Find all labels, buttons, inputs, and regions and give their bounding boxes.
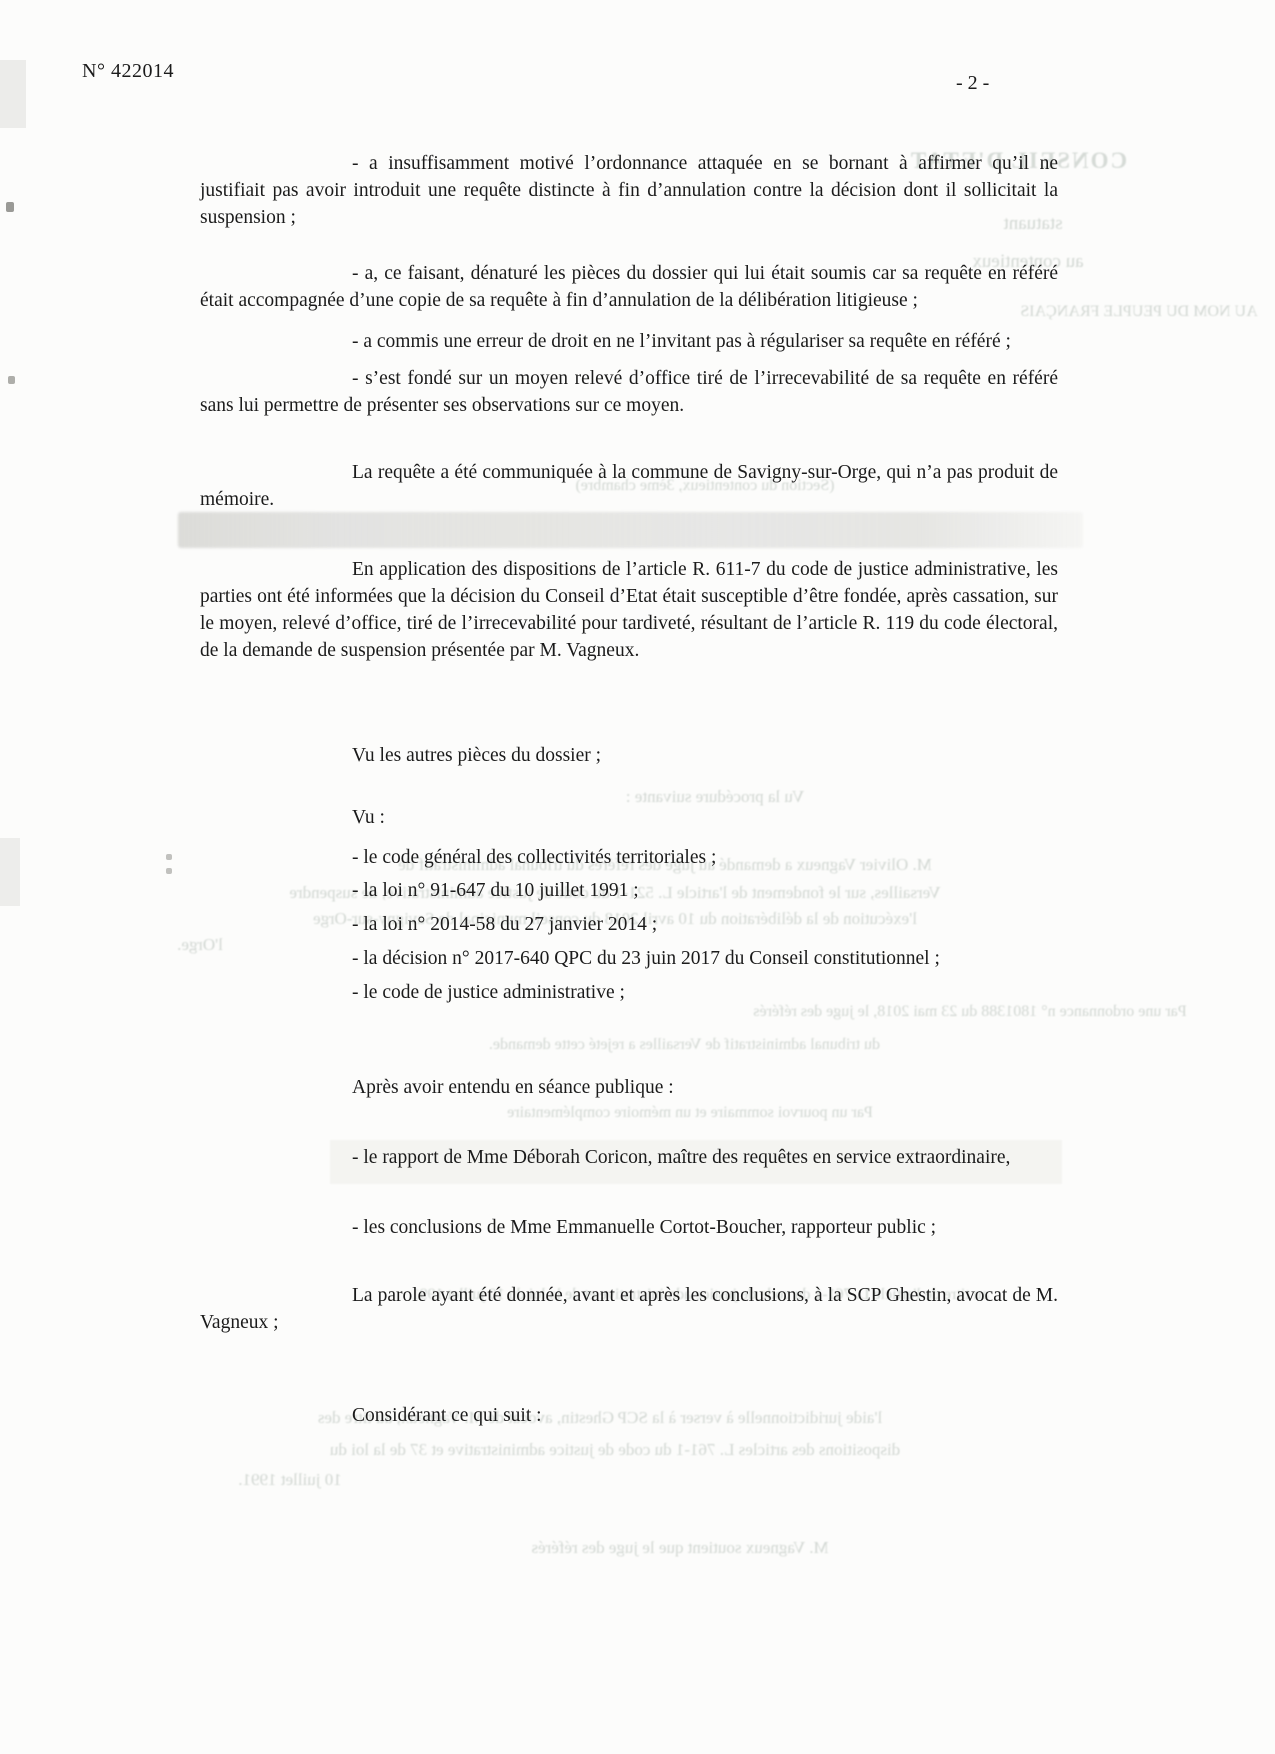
body-paragraph: - le rapport de Mme Déborah Coricon, maî…: [200, 1144, 1058, 1171]
body-paragraph: La parole ayant été donnée, avant et apr…: [200, 1282, 1058, 1336]
scan-artifact: [166, 854, 172, 860]
body-paragraph: La requête a été communiquée à la commun…: [200, 459, 1058, 513]
body-paragraph: - les conclusions de Mme Emmanuelle Cort…: [200, 1214, 1058, 1241]
body-paragraph: - a, ce faisant, dénaturé les pièces du …: [200, 260, 1058, 314]
body-paragraph: Après avoir entendu en séance publique :: [200, 1074, 1058, 1101]
case-number: N° 422014: [82, 60, 174, 83]
bleedthrough-line: M. Vagneux soutient que le juge des réfé…: [420, 1538, 940, 1558]
body-paragraph: - a insuffisamment motivé l’ordonnance a…: [200, 150, 1058, 231]
body-paragraph: Vu les autres pièces du dossier ;: [200, 742, 1058, 769]
body-paragraph: - la loi n° 91-647 du 10 juillet 1991 ;: [200, 877, 1058, 904]
body-paragraph: - le code général des collectivités terr…: [200, 844, 1058, 871]
scan-artifact: [0, 60, 26, 128]
body-paragraph: - la loi n° 2014-58 du 27 janvier 2014 ;: [200, 911, 1058, 938]
bleedthrough-line: 10 juillet 1991.: [200, 1470, 380, 1490]
scan-artifact: [8, 376, 15, 384]
body-paragraph: En application des dispositions de l’art…: [200, 556, 1058, 664]
scan-artifact: [6, 202, 14, 212]
body-paragraph: - la décision n° 2017-640 QPC du 23 juin…: [200, 945, 1058, 972]
body-paragraph: Vu :: [200, 804, 1058, 831]
document-page: CONSEIL D'ETAT statuant au contentieux A…: [0, 0, 1275, 1754]
scan-artifact: [0, 838, 20, 906]
body-paragraph: - a commis une erreur de droit en ne l’i…: [200, 328, 1058, 355]
document-body: - a insuffisamment motivé l’ordonnance a…: [200, 0, 1058, 1429]
bleedthrough-line: dispositions des articles L. 761-1 du co…: [150, 1440, 1080, 1460]
body-paragraph: - s’est fondé sur un moyen relevé d’offi…: [200, 365, 1058, 419]
body-paragraph: Considérant ce qui suit :: [200, 1402, 1058, 1429]
scan-artifact: [166, 868, 172, 874]
body-paragraph: - le code de justice administrative ;: [200, 979, 1058, 1006]
